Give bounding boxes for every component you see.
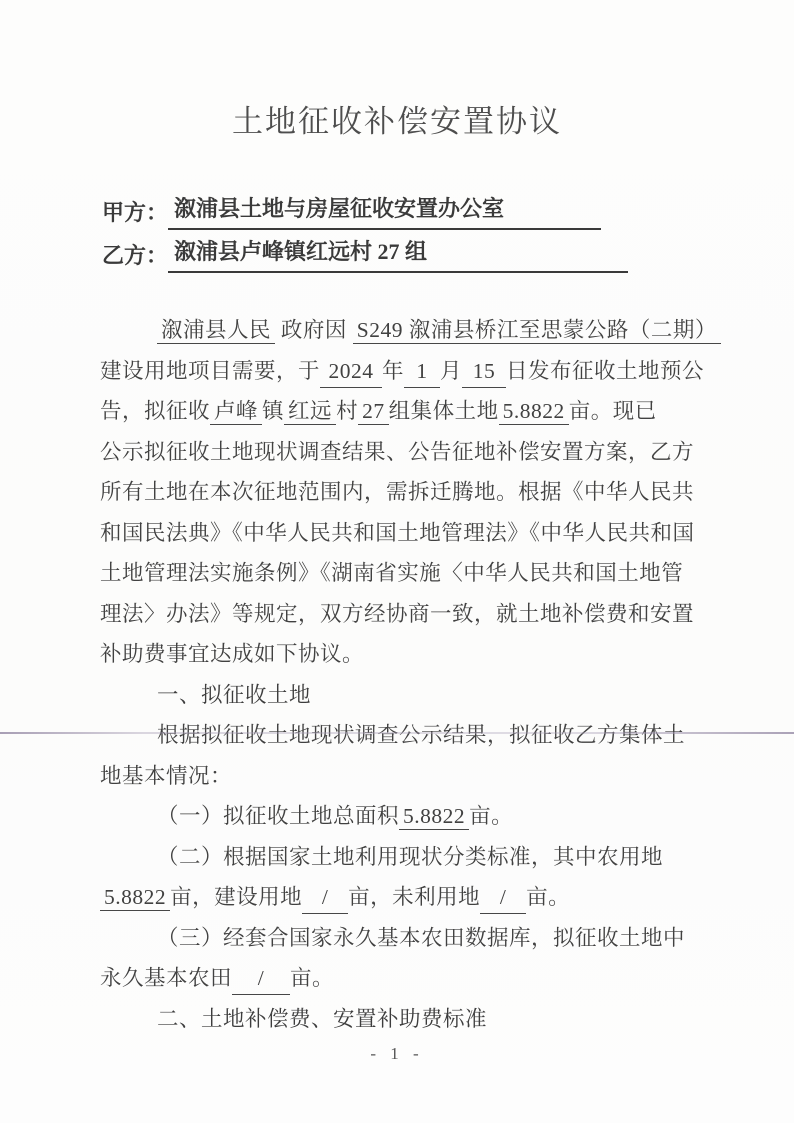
year-suffix: 年 xyxy=(382,359,404,383)
section-1-item-3-line-2: 永久基本农田/亩。 xyxy=(100,958,696,999)
intro-line-7: 土地管理法实施条例》《湖南省实施〈中华人民共和国土地管 xyxy=(100,553,696,594)
item-1-text: （一）拟征收土地总面积 xyxy=(157,804,399,828)
intro-line-9: 补助费事宜达成如下协议。 xyxy=(100,634,696,675)
parties-block: 甲方：溆浦县土地与房屋征收安置办公室 乙方：溆浦县卢峰镇红远村 27 组 xyxy=(102,192,692,278)
party-b-value: 溆浦县卢峰镇红远村 27 组 xyxy=(168,235,628,273)
blank-day: 15 xyxy=(462,356,506,388)
town-suffix: 镇 xyxy=(262,399,284,423)
party-b-row: 乙方：溆浦县卢峰镇红远村 27 组 xyxy=(102,235,692,278)
intro-line-2-text: 建设用地项目需要，于 xyxy=(100,359,320,383)
section-2-heading: 二、土地补偿费、安置补助费标准 xyxy=(100,999,696,1040)
section-1-heading: 一、拟征收土地 xyxy=(100,675,696,716)
blank-unused-land: / xyxy=(480,882,526,914)
blank-basic-farmland: / xyxy=(232,963,290,995)
item-2-suffix: 亩。 xyxy=(526,885,570,909)
page-number: - 1 - xyxy=(0,1044,794,1064)
item-3-suffix: 亩。 xyxy=(290,966,334,990)
blank-government: 溆浦县人民 xyxy=(157,318,275,344)
blank-project-name: S249 溆浦县桥江至思蒙公路（二期） xyxy=(353,318,721,344)
item-3-text: 永久基本农田 xyxy=(100,966,232,990)
party-a-row: 甲方：溆浦县土地与房屋征收安置办公室 xyxy=(102,192,692,235)
blank-town: 卢峰 xyxy=(210,399,262,425)
document-page: 土地征收补偿安置协议 甲方：溆浦县土地与房屋征收安置办公室 乙方：溆浦县卢峰镇红… xyxy=(0,0,794,1123)
blank-construction-land: / xyxy=(302,882,348,914)
item-2-text-a: 亩，建设用地 xyxy=(170,885,302,909)
area-suffix: 亩。现已 xyxy=(569,399,657,423)
intro-line-8: 理法〉办法》等规定，双方经协商一致，就土地补偿费和安置 xyxy=(100,594,696,635)
section-1-paragraph-line-1: 根据拟征收土地现状调查公示结果，拟征收乙方集体土 xyxy=(100,715,696,756)
section-1-item-1: （一）拟征收土地总面积5.8822亩。 xyxy=(100,796,696,837)
intro-line-5: 所有土地在本次征地范围内，需拆迁腾地。根据《中华人民共 xyxy=(100,472,696,513)
intro-line-6: 和国民法典》《中华人民共和国土地管理法》《中华人民共和国 xyxy=(100,513,696,554)
item-1-suffix: 亩。 xyxy=(469,804,513,828)
intro-line-2: 建设用地项目需要，于2024年1月15日发布征收土地预公 xyxy=(100,351,696,392)
document-title: 土地征收补偿安置协议 xyxy=(0,96,794,141)
item-2-text-b: 亩，未利用地 xyxy=(348,885,480,909)
section-1-item-2-line-2: 5.8822亩，建设用地/亩，未利用地/亩。 xyxy=(100,877,696,918)
blank-month: 1 xyxy=(404,356,440,388)
blank-item1-area: 5.8822 xyxy=(399,804,469,830)
blank-total-area: 5.8822 xyxy=(499,399,569,425)
intro-line-4: 公示拟征收土地现状调查结果、公告征地补偿安置方案，乙方 xyxy=(100,432,696,473)
month-suffix: 月 xyxy=(440,359,462,383)
group-suffix: 组集体土地 xyxy=(389,399,499,423)
intro-line-1: 溆浦县人民 政府因 S249 溆浦县桥江至思蒙公路（二期） xyxy=(100,310,696,351)
intro-line-1-mid: 政府因 xyxy=(275,318,353,342)
section-1-item-2-line-1: （二）根据国家土地利用现状分类标准，其中农用地 xyxy=(100,837,696,878)
blank-year: 2024 xyxy=(320,356,382,388)
blank-group-number: 27 xyxy=(358,399,389,425)
section-1-paragraph-line-2: 地基本情况： xyxy=(100,756,696,797)
intro-line-3-text: 告，拟征收 xyxy=(100,399,210,423)
body-text: 溆浦县人民 政府因 S249 溆浦县桥江至思蒙公路（二期） 建设用地项目需要，于… xyxy=(100,310,696,1039)
village-suffix: 村 xyxy=(336,399,358,423)
intro-line-3: 告，拟征收卢峰镇红远村27组集体土地5.8822亩。现已 xyxy=(100,391,696,432)
party-a-label: 甲方： xyxy=(102,196,168,230)
blank-village: 红远 xyxy=(284,399,336,425)
party-b-label: 乙方： xyxy=(102,239,168,273)
blank-farmland-area: 5.8822 xyxy=(100,885,170,911)
day-suffix: 日发布征收土地预公 xyxy=(506,359,704,383)
party-a-value: 溆浦县土地与房屋征收安置办公室 xyxy=(168,192,601,230)
section-1-item-3-line-1: （三）经套合国家永久基本农田数据库，拟征收土地中 xyxy=(100,918,696,959)
